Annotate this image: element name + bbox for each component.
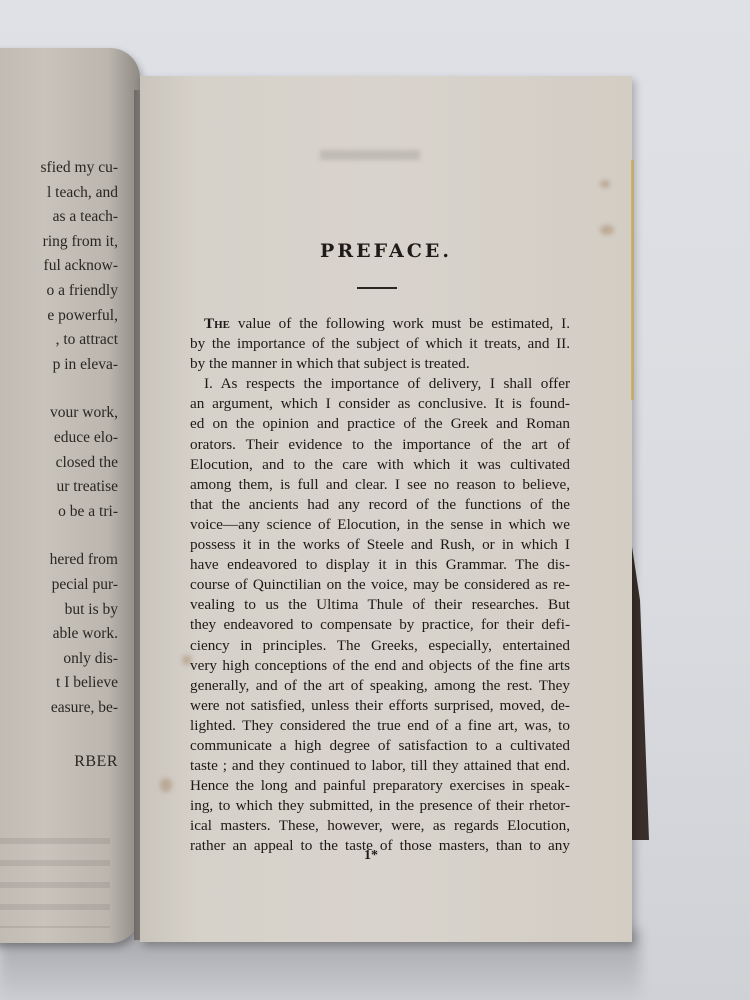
left-line: only dis- <box>41 647 118 672</box>
author-signature: RBER <box>41 750 118 775</box>
text-line: ical masters. These, however, were, as r… <box>190 816 570 836</box>
text-line: ing, to which they submitted, in the pre… <box>190 796 570 816</box>
left-line: hered from <box>41 548 118 573</box>
text-line: lighted. They considered the true end of… <box>190 716 570 736</box>
book-cover-edge <box>631 540 649 840</box>
left-line: o be a tri- <box>41 500 118 525</box>
left-page-text: sfied my cu- l teach, and as a teach- ri… <box>41 156 118 775</box>
text-line: taste ; and they continued to labor, til… <box>190 756 570 776</box>
text-line: vealing to us the Ultima Thule of their … <box>190 595 570 615</box>
left-line: able work. <box>41 622 118 647</box>
page-number: 1* <box>364 848 378 864</box>
text-line: orators. Their evidence to the importanc… <box>190 435 570 455</box>
text-line: Elocution, and to the care with which it… <box>190 455 570 475</box>
left-line: e powerful, <box>41 304 118 329</box>
foxing-stain <box>600 225 614 235</box>
left-line: p in eleva- <box>41 353 118 378</box>
left-line: vour work, <box>41 401 118 426</box>
text-line: that the ancients had any record of the … <box>190 495 570 515</box>
text-line: generally, and of the art of speaking, a… <box>190 676 570 696</box>
text-line: Hence the long and painful preparatory e… <box>190 776 570 796</box>
left-page: sfied my cu- l teach, and as a teach- ri… <box>0 48 140 943</box>
text-line: by the importance of the subject of whic… <box>190 334 570 354</box>
text-line: communicate a high degree of satisfactio… <box>190 736 570 756</box>
left-line: o a friendly <box>41 279 118 304</box>
left-line: ful acknow- <box>41 254 118 279</box>
text-line: by the manner in which that subject is t… <box>190 354 570 374</box>
text-line: possess it in the works of Steele and Ru… <box>190 535 570 555</box>
text-line-content: value of the following work must be esti… <box>230 315 570 332</box>
text-line: have endeavored to display it in this Gr… <box>190 555 570 575</box>
drop-word: The <box>204 315 230 332</box>
bleed-through-text <box>320 150 420 160</box>
text-line: I. As respects the importance of deliver… <box>190 374 570 394</box>
left-line: l teach, and <box>41 181 118 206</box>
left-line: ring from it, <box>41 230 118 255</box>
left-line: as a teach- <box>41 205 118 230</box>
left-line: sfied my cu- <box>41 156 118 181</box>
page-edge <box>631 160 634 400</box>
text-line: an argument, which I consider as conclus… <box>190 394 570 414</box>
preface-body: The value of the following work must be … <box>190 314 570 857</box>
text-line: The value of the following work must be … <box>190 314 570 334</box>
page-title: PREFACE. <box>140 240 632 262</box>
left-line: but is by <box>41 598 118 623</box>
left-line: educe elo- <box>41 426 118 451</box>
left-line: easure, be- <box>41 696 118 721</box>
title-rule <box>357 287 397 289</box>
left-line: closed the <box>41 451 118 476</box>
left-line: , to attract <box>41 328 118 353</box>
foxing-stain <box>600 180 610 188</box>
left-line: pecial pur- <box>41 573 118 598</box>
text-line: among them, is full and clear. I see no … <box>190 475 570 495</box>
foxing-stain <box>160 778 172 792</box>
left-line: ur treatise <box>41 475 118 500</box>
text-line: very high conceptions of the end and obj… <box>190 656 570 676</box>
text-line: were not satisfied, unless their efforts… <box>190 696 570 716</box>
text-line: ciency in principles. The Greeks, especi… <box>190 636 570 656</box>
text-line: ed on the opinion and practice of the Gr… <box>190 414 570 434</box>
left-line: t I believe <box>41 671 118 696</box>
text-line: voice—any science of Elocution, in the s… <box>190 515 570 535</box>
text-line: they endeavored to compensate by practic… <box>190 615 570 635</box>
text-line: rather an appeal to the taste of those m… <box>190 836 570 856</box>
text-line: course of Quinctilian on the voice, may … <box>190 575 570 595</box>
bleed-through-text <box>0 838 110 928</box>
